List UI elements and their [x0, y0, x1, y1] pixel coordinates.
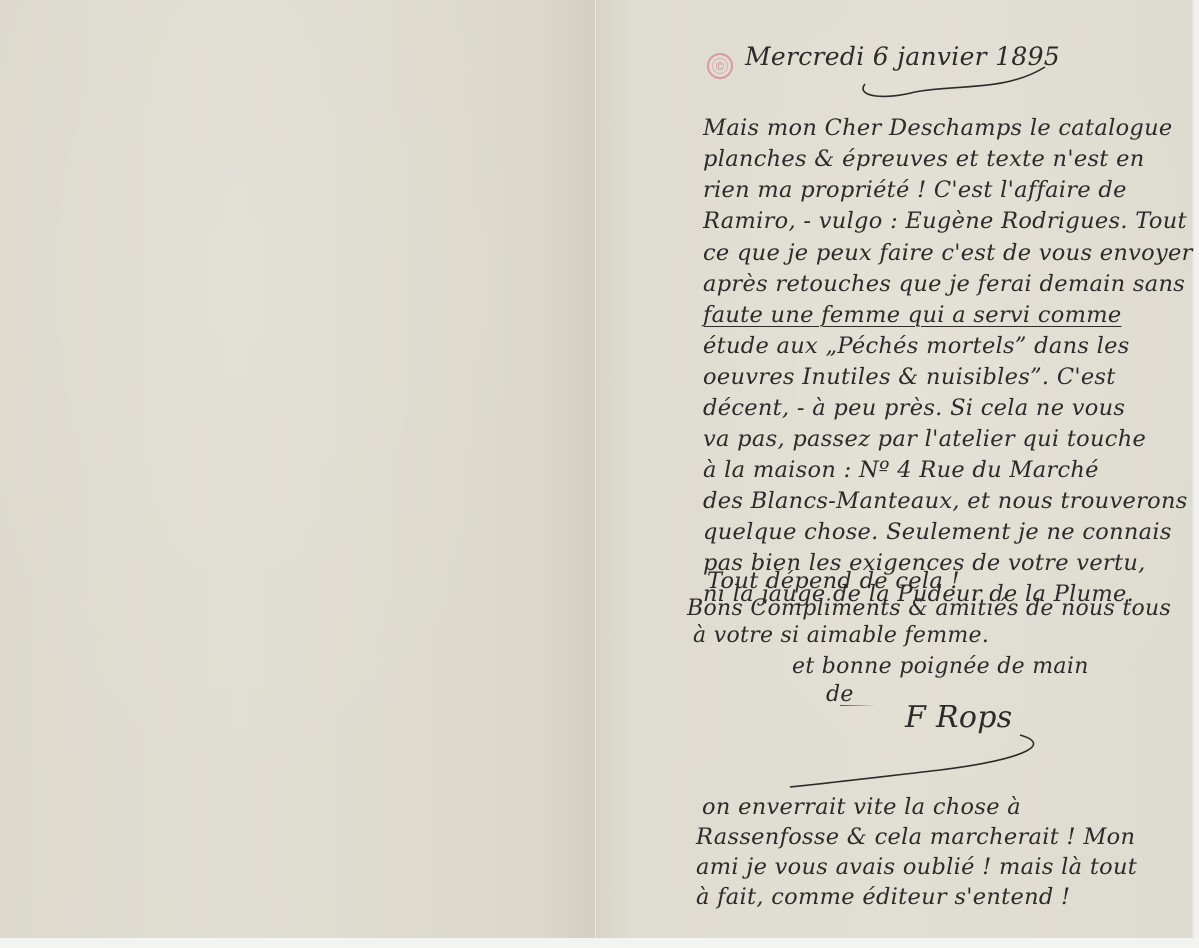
closing-line-3: et bonne poignée de main — [792, 652, 1089, 682]
body-line-13: des Blancs-Manteaux, et nous trouverons — [703, 486, 1188, 516]
scanner-border — [0, 938, 1199, 948]
body-line-10: décent, - à peu près. Si cela ne vous — [703, 393, 1125, 423]
body-line-5: ce que je peux faire c'est de vous envoy… — [703, 238, 1193, 268]
letter-scan: © Mercredi 6 janvier 1895 Mais mon Cher … — [0, 0, 1199, 948]
body-line-4: Ramiro, - vulgo : Eugène Rodrigues. Tout — [703, 206, 1187, 236]
postscript-line-1: on enverrait vite la chose à — [702, 792, 1021, 822]
body-line-1: Mais mon Cher Deschamps le catalogue — [703, 113, 1173, 143]
body-line-2: planches & épreuves et texte n'est en — [703, 144, 1145, 174]
body-line-12: à la maison : Nº 4 Rue du Marché — [703, 455, 1099, 485]
body-line-8: étude aux „Péchés mortels” dans les — [703, 331, 1130, 361]
left-page-blank — [0, 0, 596, 938]
closing-line-2: à votre si aimable femme. — [693, 621, 989, 651]
body-line-9: oeuvres Inutiles & nuisibles”. C'est — [703, 362, 1116, 392]
body-line-11: va pas, passez par l'atelier qui touche — [703, 424, 1146, 454]
postscript-line-3: ami je vous avais oublié ! mais là tout — [696, 852, 1137, 882]
body-line-3: rien ma propriété ! C'est l'affaire de — [703, 175, 1127, 205]
body-line-17: Tout dépend de cela ! — [707, 566, 960, 596]
closing-line-1: Bons Compliments & amitiés de nous tous — [687, 594, 1171, 624]
collection-stamp-icon: © — [707, 53, 733, 79]
postscript-line-4: à fait, comme éditeur s'entend ! — [696, 882, 1070, 912]
body-line-7: faute une femme qui a servi comme — [703, 300, 1122, 330]
signature-flourish-icon — [780, 705, 1060, 805]
postscript-line-2: Rassenfosse & cela marcherait ! Mon — [696, 822, 1135, 852]
date-flourish-icon — [855, 62, 1055, 102]
body-line-6: après retouches que je ferai demain sans — [703, 269, 1185, 299]
body-line-14: quelque chose. Seulement je ne connais — [703, 517, 1172, 547]
center-fold — [594, 0, 597, 938]
